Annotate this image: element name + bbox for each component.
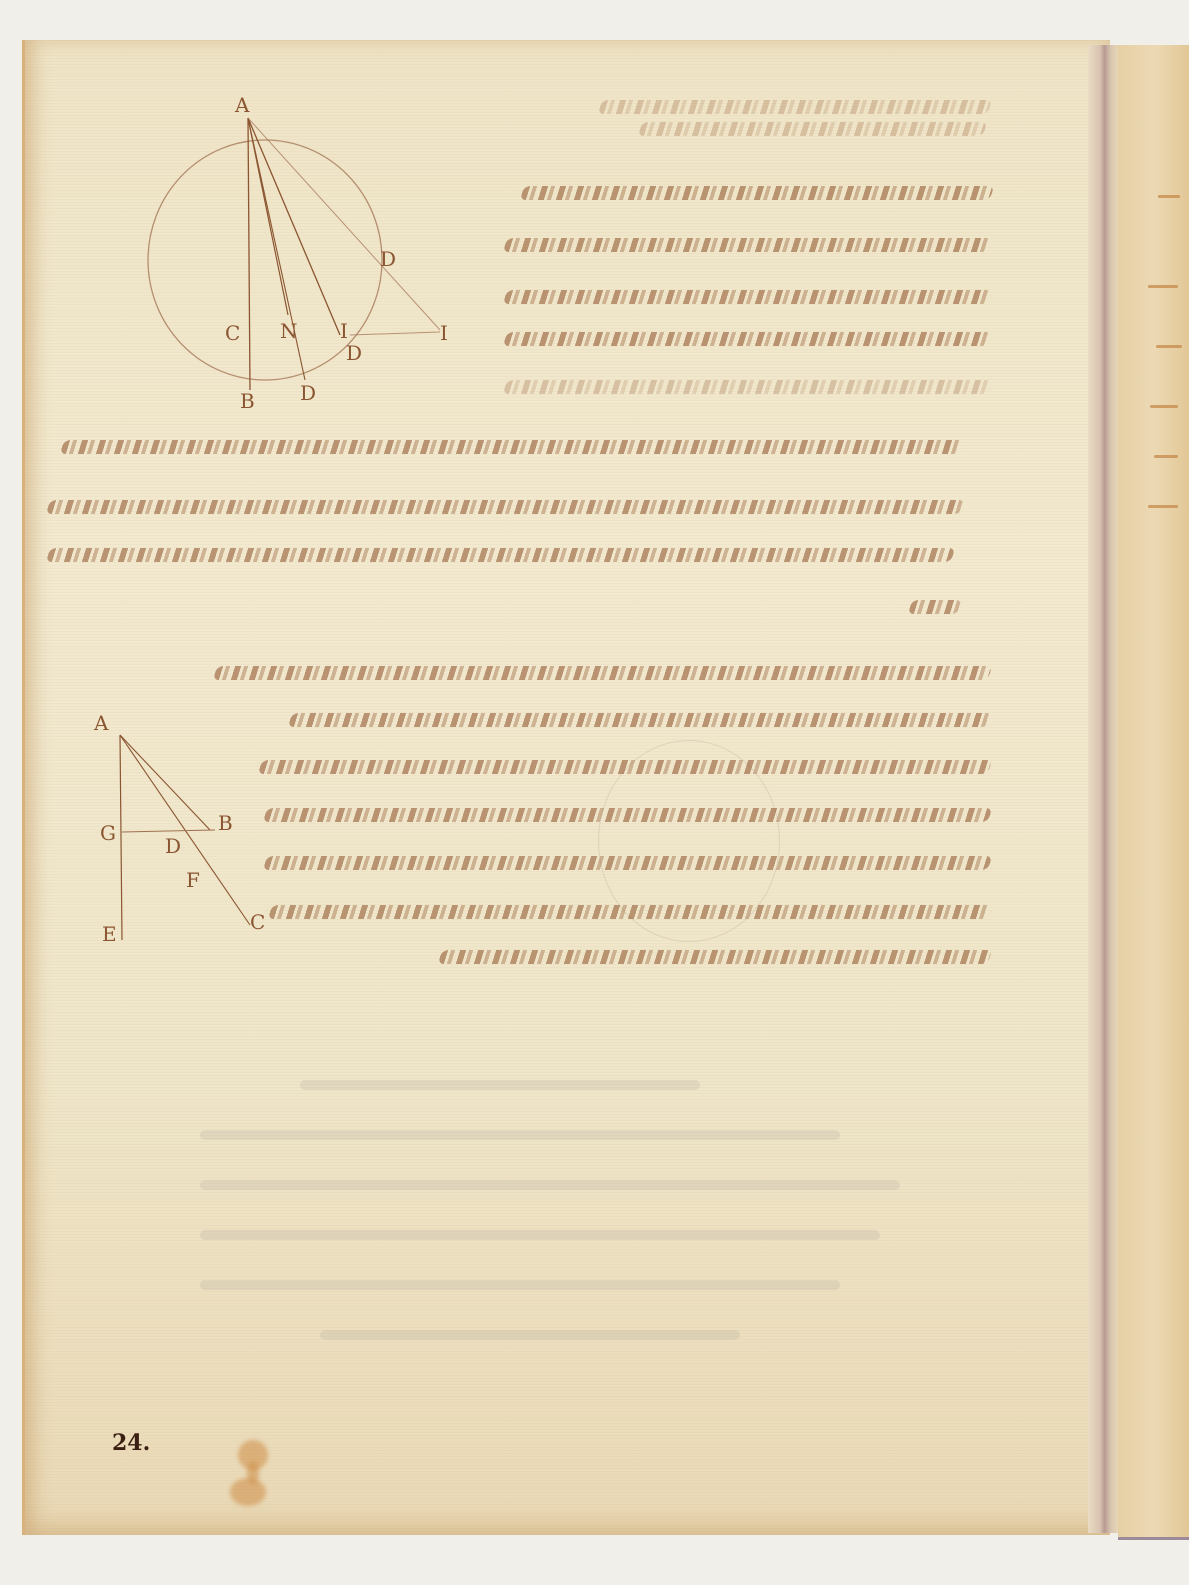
text-line: Mirror-script line 2 bbox=[288, 713, 993, 727]
label-a: A bbox=[93, 711, 109, 735]
text-line: Mirror-script line 1 bbox=[60, 440, 965, 454]
text-line: Mirror-script line 1 bbox=[213, 666, 993, 680]
ink-stain bbox=[230, 1478, 266, 1506]
text-line: Mirror-script line (faint) bbox=[638, 122, 988, 136]
ink-stain bbox=[247, 1462, 259, 1484]
label-c: C bbox=[250, 910, 265, 934]
adjacent-ink-fragment bbox=[1156, 345, 1182, 348]
triangle-diagram: A B G D F E C bbox=[90, 705, 280, 949]
text-line: Mirror-script line 2 bbox=[503, 238, 993, 252]
label-c: C bbox=[225, 321, 240, 345]
bleed-through-text bbox=[200, 1130, 840, 1140]
text-line: Mirror-script line 7 (short) bbox=[438, 950, 993, 964]
bleed-through-text bbox=[200, 1230, 880, 1240]
text-line: Mirror-script line 4 (short) bbox=[908, 600, 963, 614]
text-line: Mirror-script line 3 bbox=[46, 548, 956, 562]
text-line: Mirror-script line 5 bbox=[503, 380, 993, 394]
text-line: Mirror-script line 4 bbox=[263, 808, 993, 822]
label-i-outer: I bbox=[440, 321, 448, 345]
folio-number: 24. bbox=[112, 1430, 150, 1456]
text-line: Mirror-script line 1 bbox=[520, 186, 995, 200]
bleed-through-text bbox=[200, 1280, 840, 1290]
label-b: B bbox=[218, 811, 233, 835]
text-line: Mirror-script line (faint) bbox=[598, 100, 993, 114]
text-line: Mirror-script line 2 bbox=[46, 500, 966, 514]
label-d-mid: D bbox=[346, 341, 362, 365]
text-line: Mirror-script line 3 bbox=[258, 760, 993, 774]
text-line: Mirror-script line 3 bbox=[503, 290, 993, 304]
label-e: E bbox=[102, 922, 117, 946]
adjacent-ink-fragment bbox=[1154, 455, 1178, 458]
label-d-upper: D bbox=[380, 247, 396, 271]
label-b: B bbox=[240, 389, 255, 413]
adjacent-ink-fragment bbox=[1150, 405, 1178, 408]
label-a: A bbox=[234, 93, 250, 117]
binding-gutter bbox=[1088, 45, 1118, 1533]
label-i-mid: I bbox=[340, 319, 348, 343]
adjacent-ink-fragment bbox=[1148, 285, 1178, 288]
bleed-through-text bbox=[320, 1330, 740, 1340]
label-g: G bbox=[100, 821, 116, 845]
label-d-lower: D bbox=[300, 381, 316, 405]
bleed-through-text bbox=[200, 1180, 900, 1190]
text-line: Mirror-script line 5 bbox=[263, 856, 993, 870]
bleed-through-text bbox=[300, 1080, 700, 1090]
adjacent-ink-fragment bbox=[1158, 195, 1180, 198]
text-line: Mirror-script line 6 bbox=[268, 905, 993, 919]
adjacent-page-edge bbox=[1118, 45, 1189, 1540]
label-n: N bbox=[280, 319, 298, 343]
label-f: F bbox=[186, 868, 200, 892]
text-line: Mirror-script line 4 bbox=[503, 332, 993, 346]
label-d: D bbox=[165, 834, 181, 858]
adjacent-ink-fragment bbox=[1148, 505, 1178, 508]
circle-diagram: A B C N D I D I D bbox=[130, 90, 460, 414]
